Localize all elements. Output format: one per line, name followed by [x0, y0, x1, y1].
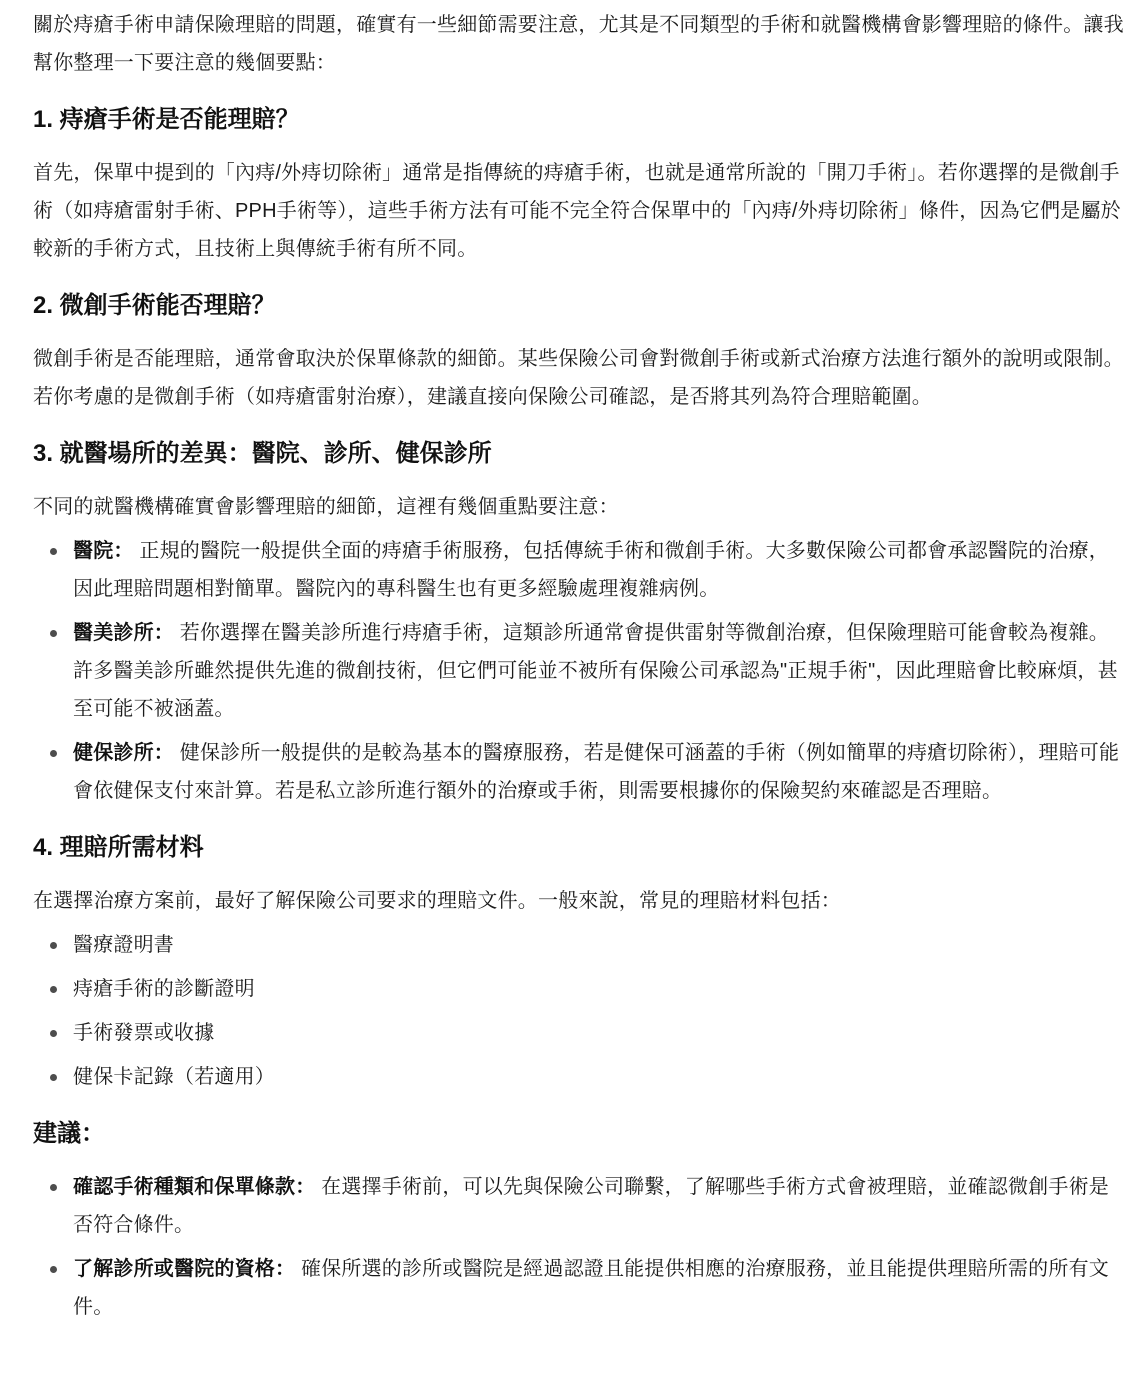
- section-4-heading: 4. 理賠所需材料: [33, 832, 1124, 864]
- section-3-heading: 3. 就醫場所的差異：醫院、診所、健保診所: [33, 438, 1124, 470]
- venue-bullet-list: 醫院： 正規的醫院一般提供全面的痔瘡手術服務，包括傳統手術和微創手術。大多數保險…: [33, 532, 1124, 810]
- list-item: 醫療證明書: [33, 926, 1124, 964]
- document-body: 關於痔瘡手術申請保險理賠的問題，確實有一些細節需要注意，尤其是不同類型的手術和就…: [0, 0, 1136, 1326]
- list-item-text: 手術發票或收據: [73, 1022, 214, 1044]
- section-2-paragraph: 微創手術是否能理賠，通常會取決於保單條款的細節。某些保險公司會對微創手術或新式治…: [33, 340, 1124, 416]
- section-4-paragraph: 在選擇治療方案前，最好了解保險公司要求的理賠文件。一般來說，常見的理賠材料包括：: [33, 882, 1124, 920]
- materials-bullet-list: 醫療證明書 痔瘡手術的診斷證明 手術發票或收據 健保卡記錄（若適用）: [33, 926, 1124, 1096]
- list-item: 健保卡記錄（若適用）: [33, 1058, 1124, 1096]
- list-item-text: 若你選擇在醫美診所進行痔瘡手術，這類診所通常會提供雷射等微創治療，但保險理賠可能…: [73, 622, 1118, 720]
- list-item: 確認手術種類和保單條款： 在選擇手術前，可以先與保險公司聯繫，了解哪些手術方式會…: [33, 1168, 1124, 1244]
- list-item-text: 健保診所一般提供的是較為基本的醫療服務，若是健保可涵蓋的手術（例如簡單的痔瘡切除…: [73, 742, 1119, 802]
- list-item-text: 痔瘡手術的診斷證明: [73, 978, 255, 1000]
- list-item: 醫院： 正規的醫院一般提供全面的痔瘡手術服務，包括傳統手術和微創手術。大多數保險…: [33, 532, 1124, 608]
- list-item: 痔瘡手術的診斷證明: [33, 970, 1124, 1008]
- advice-bullet-list: 確認手術種類和保單條款： 在選擇手術前，可以先與保險公司聯繫，了解哪些手術方式會…: [33, 1168, 1124, 1326]
- list-item-text: 正規的醫院一般提供全面的痔瘡手術服務，包括傳統手術和微創手術。大多數保險公司都會…: [73, 540, 1109, 600]
- list-item-label: 醫美診所：: [73, 622, 174, 644]
- list-item: 健保診所： 健保診所一般提供的是較為基本的醫療服務，若是健保可涵蓋的手術（例如簡…: [33, 734, 1124, 810]
- section-3-paragraph: 不同的就醫機構確實會影響理賠的細節，這裡有幾個重點要注意：: [33, 488, 1124, 526]
- advice-heading: 建議：: [33, 1118, 1124, 1150]
- list-item-label: 了解診所或醫院的資格：: [73, 1258, 295, 1280]
- list-item: 手術發票或收據: [33, 1014, 1124, 1052]
- list-item-text: 醫療證明書: [73, 934, 174, 956]
- intro-paragraph: 關於痔瘡手術申請保險理賠的問題，確實有一些細節需要注意，尤其是不同類型的手術和就…: [33, 6, 1124, 82]
- list-item-label: 醫院：: [73, 540, 134, 562]
- section-1-heading: 1. 痔瘡手術是否能理賠？: [33, 104, 1124, 136]
- list-item-label: 健保診所：: [73, 742, 174, 764]
- list-item: 了解診所或醫院的資格： 確保所選的診所或醫院是經過認證且能提供相應的治療服務，並…: [33, 1250, 1124, 1326]
- section-2-heading: 2. 微創手術能否理賠？: [33, 290, 1124, 322]
- list-item: 醫美診所： 若你選擇在醫美診所進行痔瘡手術，這類診所通常會提供雷射等微創治療，但…: [33, 614, 1124, 728]
- list-item-text: 健保卡記錄（若適用）: [73, 1066, 275, 1088]
- list-item-label: 確認手術種類和保單條款：: [73, 1176, 315, 1198]
- section-1-paragraph: 首先，保單中提到的「內痔/外痔切除術」通常是指傳統的痔瘡手術，也就是通常所說的「…: [33, 154, 1124, 268]
